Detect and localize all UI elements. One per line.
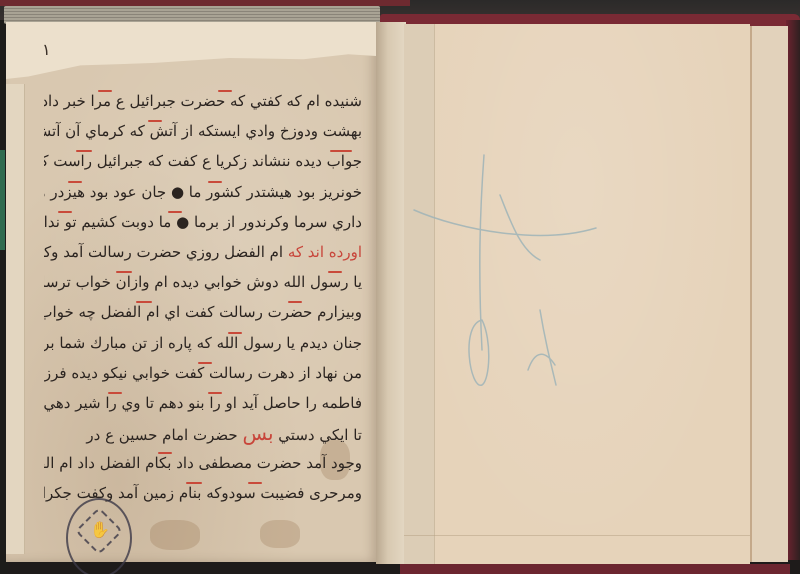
text-line-rubric: اورده اند كهاورده اند كه ام الفضل روزي ح… xyxy=(44,237,362,267)
pencil-scribble xyxy=(400,150,600,400)
text-line: وجود آمد حضرت مصطفى داد بكام الفضل داد ا… xyxy=(44,448,362,478)
text-line: خونريز بود هيشتدر كشور ما ● جان عود بود … xyxy=(44,177,362,207)
text-line: جواب ديده ننشاند زكريا ع كفت كه جبرائيل … xyxy=(44,146,362,176)
text-line: جنان ديدم يا رسول الله كه پاره از تن مبا… xyxy=(44,328,362,358)
text-line: بهشت ودوزخ وادي ايستكه از آتش كه كرماي آ… xyxy=(44,116,362,146)
binding-edge-right xyxy=(786,20,800,574)
text-line: وبيزارم حضرت رسالت كفت اي ام الفضل چه خو… xyxy=(44,297,362,327)
binding-edge-bottom xyxy=(400,564,790,574)
seal-stamp: ✋ xyxy=(66,498,132,574)
text-line: شنيده ام كه كفتي كه حضرت جبرائيل ع مرا خ… xyxy=(44,86,362,116)
text-line: يا رسول الله دوش خوابي ديده ام وازان خوا… xyxy=(44,267,362,297)
hand-icon: ✋ xyxy=(90,520,110,539)
stain xyxy=(260,520,300,548)
folio-number: ١ xyxy=(42,40,51,59)
text-line-rubric: تا ايكي دستي بستا ايكي دستي بس حضرت امام… xyxy=(44,418,362,448)
text-line: من نهاد از دهرت رسالت كفت خوابي نيكو ديد… xyxy=(44,358,362,388)
right-page-bottom-fold xyxy=(404,535,750,564)
text-line: داري سرما وكرندور از برما ● ما دوبت كشيم… xyxy=(44,207,362,237)
left-margin-repair-strip xyxy=(6,84,25,554)
stain xyxy=(150,520,200,550)
manuscript-photo: ١ شنيده ام كه كفتي كه حضرت جبرائيل ع مرا… xyxy=(0,0,800,574)
manuscript-text: شنيده ام كه كفتي كه حضرت جبرائيل ع مرا خ… xyxy=(44,86,362,509)
text-line: فاطمه را حاصل آيد او را بنو دهم تا وي را… xyxy=(44,388,362,418)
right-page-edge xyxy=(750,26,788,562)
green-ribbon xyxy=(0,150,5,250)
